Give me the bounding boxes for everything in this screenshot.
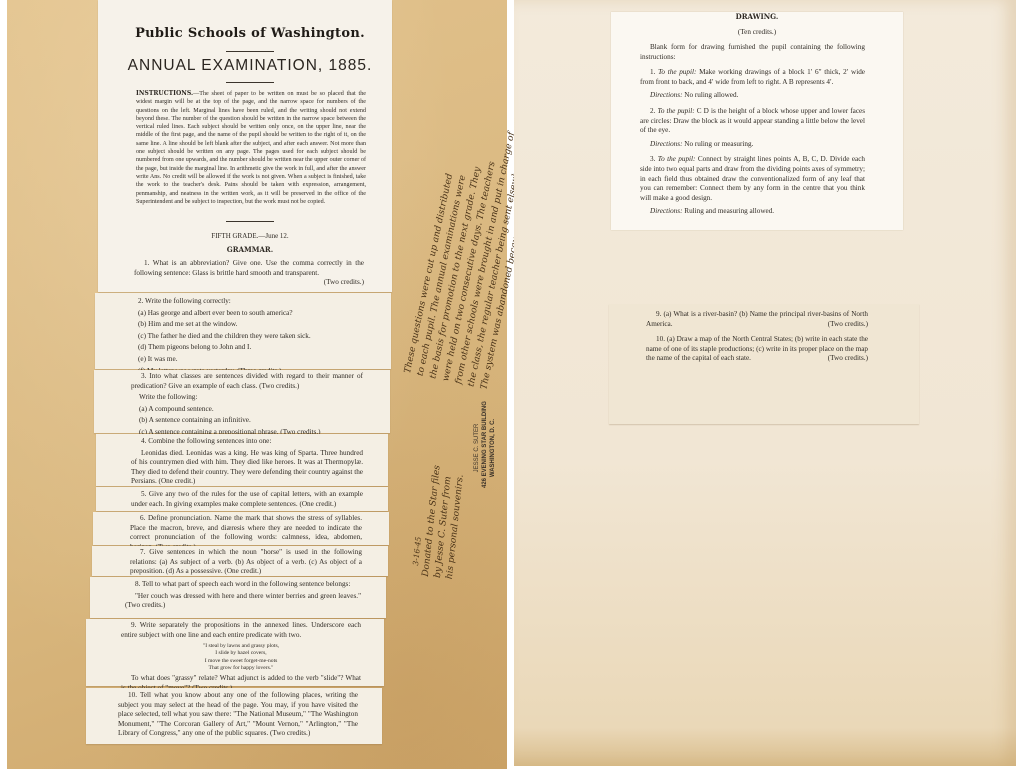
question-5: 5. Give any two of the rules for the use…: [131, 490, 363, 509]
question-1: 1. What is an abbreviation? Give one. Us…: [134, 259, 364, 288]
owner-stamp: JESSE C. SUTER 426 EVENING STAR BUILDING…: [473, 408, 497, 488]
subject-heading: GRAMMAR.: [130, 245, 370, 255]
instructions-text: INSTRUCTIONS.—The sheet of paper to be w…: [136, 90, 366, 206]
instructions-label: INSTRUCTIONS.: [136, 90, 193, 97]
question-10: 10. Tell what you know about any one of …: [118, 691, 358, 739]
question-7: 7. Give sentences in which the noun "hor…: [130, 548, 362, 577]
geography-questions: 9. (a) What is a river-basin? (b) Name t…: [646, 310, 868, 364]
masthead: Public Schools of Washington.: [100, 26, 400, 41]
question-9: 9. Write separately the propositions in …: [121, 621, 361, 693]
divider: [226, 221, 274, 222]
divider: [226, 82, 274, 83]
question-2: 2. Write the following correctly: (a) Ha…: [138, 297, 368, 376]
drawing-heading: DRAWING.: [611, 12, 903, 22]
exam-title: ANNUAL EXAMINATION, 1885.: [100, 57, 400, 75]
drawing-body: Blank form for drawing furnished the pup…: [640, 43, 865, 217]
question-8: 8. Tell to what part of speech each word…: [125, 580, 361, 611]
question-3: 3. Into what classes are sentences divid…: [131, 372, 363, 438]
drawing-credits: (Ten credits.): [611, 28, 903, 38]
question-4: 4. Combine the following sentences into …: [131, 437, 363, 487]
divider: [226, 51, 274, 52]
grade-line: FIFTH GRADE.—June 12.: [130, 232, 370, 242]
